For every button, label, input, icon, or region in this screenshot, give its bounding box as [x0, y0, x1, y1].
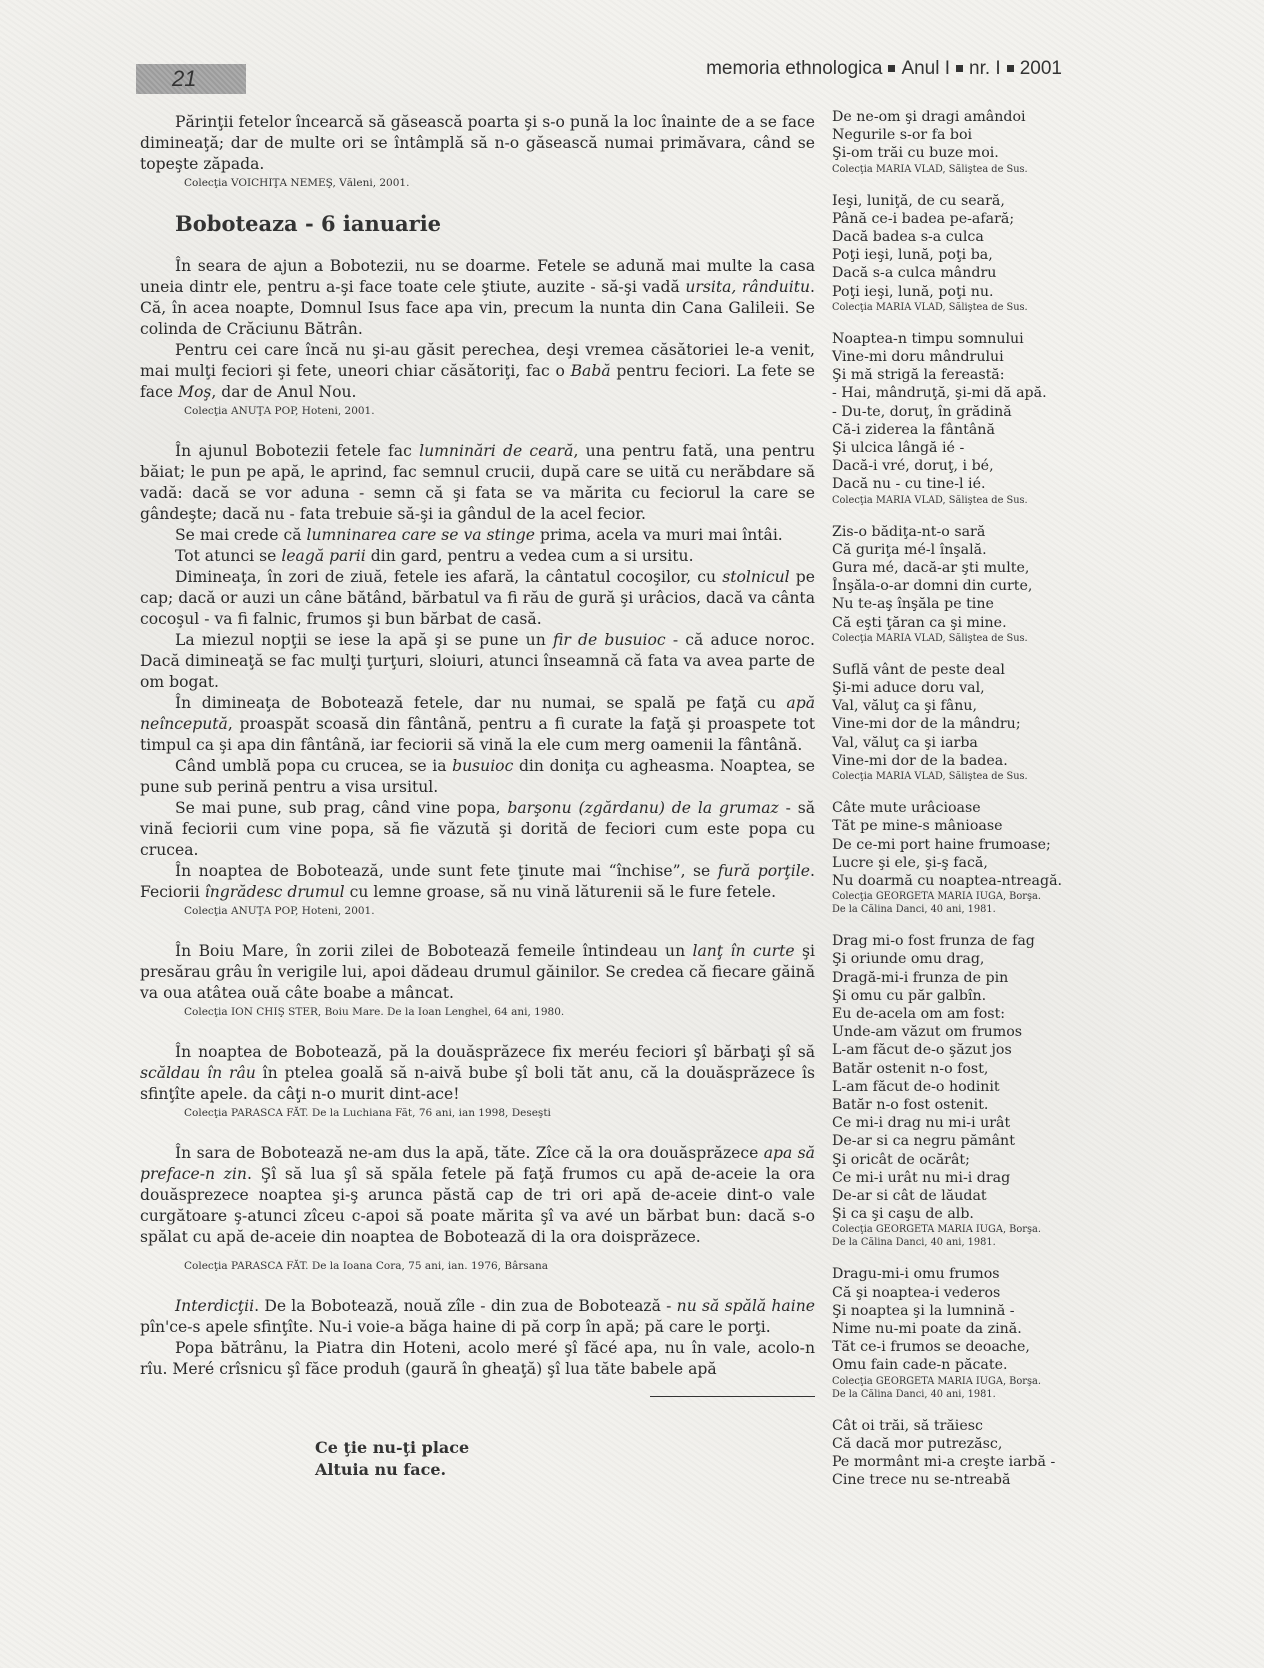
issue-label: nr. I — [969, 58, 1001, 79]
source-citation: Colecţia MARIA VLAD, Săliştea de Sus. — [832, 494, 1072, 507]
verse-line: Că eşti ţăran ca şi mine. — [832, 614, 1072, 632]
source-citation: Colecţia GEORGETA MARIA IUGA, Borşa. — [832, 1375, 1072, 1388]
verse-line: Şi ulcica lângă ié - — [832, 439, 1072, 457]
source-citation: Colecţia MARIA VLAD, Săliştea de Sus. — [832, 301, 1072, 314]
poem-stanza: Zis-o bădiţa-nt-o sarăCă guriţa mé-l înş… — [832, 523, 1072, 645]
verse-line: Vine-mi doru mândrului — [832, 348, 1072, 366]
source-citation: Colecţia ION CHIŞ STER, Boiu Mare. De la… — [184, 1004, 815, 1020]
verse-line: Ce mi-i urât nu mi-i drag — [832, 1169, 1072, 1187]
verse-line: Şi-mi aduce doru val, — [832, 679, 1072, 697]
verse-line: - Du-te, doruţ, în grădină — [832, 403, 1072, 421]
verse-line: Cât oi trăi, să trăiesc — [832, 1417, 1072, 1435]
verse-line: Dacă badea s-a culca — [832, 228, 1072, 246]
year: 2001 — [1020, 58, 1062, 79]
verse-line: Negurile s-or fa boi — [832, 126, 1072, 144]
verse-line: Şi omu cu păr galbîn. — [832, 987, 1072, 1005]
verse-line: Omu fain cade-n păcate. — [832, 1356, 1072, 1374]
verse-line: Că şi noaptea-i vederos — [832, 1284, 1072, 1302]
proverb: Ce ţie nu-ţi place Altuia nu face. — [315, 1437, 815, 1481]
paragraph: În noaptea de Bobotează, unde sunt fete … — [140, 861, 815, 903]
paragraph: Când umblă popa cu crucea, se ia busuioc… — [140, 756, 815, 798]
verse-line: Batăr n-o fost ostenit. — [832, 1096, 1072, 1114]
page-number: 21 — [136, 64, 246, 94]
source-citation: Colecţia PARASCA FĂT. De la Ioana Cora, … — [184, 1258, 815, 1274]
verse-line: Şi ca şi caşu de alb. — [832, 1205, 1072, 1223]
verse-line: Şi noaptea şi la lumnină - — [832, 1302, 1072, 1320]
paragraph: Se mai crede că lumninarea care se va st… — [140, 525, 815, 546]
verse-line: Tăt pe mine-s mânioase — [832, 817, 1072, 835]
paragraph: În seara de ajun a Bobotezii, nu se doar… — [140, 256, 815, 340]
source-citation: De la Călina Danci, 40 ani, 1981. — [832, 1236, 1072, 1249]
verse-line: Dacă s-a culca mândru — [832, 264, 1072, 282]
verse-line: Până ce-i badea pe-afară; — [832, 210, 1072, 228]
verse-line: Ieşi, luniţă, de cu seară, — [832, 192, 1072, 210]
verse-line: Dacă nu - cu tine-l ié. — [832, 475, 1072, 493]
year-label: Anul I — [901, 58, 950, 79]
section-title: Boboteaza - 6 ianuarie — [175, 213, 815, 234]
verse-line: Eu de-acela om am fost: — [832, 1005, 1072, 1023]
poetry-column: De ne-om şi dragi amândoiNegurile s-or f… — [832, 108, 1072, 1505]
page-header: 21 memoria ethnologicaAnul Inr. I2001 — [132, 58, 1062, 92]
poem-stanza: Noaptea-n timpu somnuluiVine-mi doru mân… — [832, 330, 1072, 507]
poem-stanza: Dragu-mi-i omu frumosCă şi noaptea-i ved… — [832, 1265, 1072, 1400]
divider-line — [650, 1396, 815, 1397]
verse-line: Pe mormânt mi-a creşte iarbă - — [832, 1453, 1072, 1471]
square-bullet-icon — [888, 65, 895, 72]
source-citation: Colecţia VOICHIŢA NEMEŞ, Văleni, 2001. — [184, 175, 815, 191]
verse-line: De ne-om şi dragi amândoi — [832, 108, 1072, 126]
verse-line: Şi mă strigă la fereastă: — [832, 366, 1072, 384]
verse-line: Suflă vânt de peste deal — [832, 661, 1072, 679]
source-citation: De la Călina Danci, 40 ani, 1981. — [832, 903, 1072, 916]
verse-line: L-am făcut de-o hodinit — [832, 1078, 1072, 1096]
verse-line: L-am făcut de-o şăzut jos — [832, 1041, 1072, 1059]
paragraph: Dimineaţa, în zori de ziuă, fetele ies a… — [140, 567, 815, 630]
verse-line: Noaptea-n timpu somnului — [832, 330, 1072, 348]
paragraph: În noaptea de Bobotează, pă la douăsprăz… — [140, 1042, 815, 1105]
intro-paragraph: Părinţii fetelor încearcă să găsească po… — [140, 112, 815, 175]
verse-line: Nime nu-mi poate da zină. — [832, 1320, 1072, 1338]
poem-stanza: Suflă vânt de peste dealŞi-mi aduce doru… — [832, 661, 1072, 783]
poem-stanza: Cât oi trăi, să trăiescCă dacă mor putre… — [832, 1417, 1072, 1490]
verse-line: Cine trece nu se-ntreabă — [832, 1471, 1072, 1489]
verse-line: Nu te-aş înşăla pe tine — [832, 595, 1072, 613]
source-citation: Colecţia PARASCA FĂT. De la Luchiana Făt… — [184, 1105, 815, 1121]
verse-line: Şi oricât de ocărât; — [832, 1151, 1072, 1169]
source-citation: Colecţia GEORGETA MARIA IUGA, Borşa. — [832, 1223, 1072, 1236]
verse-line: Drag mi-o fost frunza de fag — [832, 932, 1072, 950]
verse-line: Lucre şi ele, şi-ş facă, — [832, 854, 1072, 872]
verse-line: Poţi ieşi, lună, poţi ba, — [832, 246, 1072, 264]
running-title: memoria ethnologicaAnul Inr. I2001 — [706, 58, 1062, 80]
verse-line: Dragu-mi-i omu frumos — [832, 1265, 1072, 1283]
verse-line: Zis-o bădiţa-nt-o sară — [832, 523, 1072, 541]
paragraph: În ajunul Bobotezii fetele fac lumninări… — [140, 441, 815, 525]
verse-line: Şi-om trăi cu buze moi. — [832, 144, 1072, 162]
verse-line: Înşăla-o-ar domni din curte, — [832, 577, 1072, 595]
paragraph: Popa bătrânu, la Piatra din Hoteni, acol… — [140, 1338, 815, 1380]
poem-stanza: Ieşi, luniţă, de cu seară,Până ce-i bade… — [832, 192, 1072, 314]
verse-line: Că dacă mor putrezăsc, — [832, 1435, 1072, 1453]
source-citation: Colecţia MARIA VLAD, Săliştea de Sus. — [832, 770, 1072, 783]
verse-line: Şi oriunde omu drag, — [832, 950, 1072, 968]
paragraph: Interdicţii. De la Bobotează, nouă zîle … — [140, 1296, 815, 1338]
verse-line: Vine-mi dor de la badea. — [832, 752, 1072, 770]
verse-line: De ce-mi port haine frumoase; — [832, 836, 1072, 854]
source-citation: Colecţia MARIA VLAD, Săliştea de Sus. — [832, 163, 1072, 176]
verse-line: De-ar si ca negru pământ — [832, 1132, 1072, 1150]
verse-line: Nu doarmă cu noaptea-ntreagă. — [832, 872, 1072, 890]
paragraph: Pentru cei care încă nu şi-au găsit pere… — [140, 340, 815, 403]
source-citation: Colecţia GEORGETA MARIA IUGA, Borşa. — [832, 890, 1072, 903]
verse-line: Că-i ziderea la fântână — [832, 421, 1072, 439]
poem-stanza: De ne-om şi dragi amândoiNegurile s-or f… — [832, 108, 1072, 176]
verse-line: Vine-mi dor de la mândru; — [832, 715, 1072, 733]
verse-line: - Hai, mândruţă, şi-mi dă apă. — [832, 384, 1072, 402]
verse-line: Câte mute urâcioase — [832, 799, 1072, 817]
verse-line: Val, văluţ ca şi fânu, — [832, 697, 1072, 715]
poem-stanza: Drag mi-o fost frunza de fagŞi oriunde o… — [832, 932, 1072, 1249]
source-citation: Colecţia ANUŢA POP, Hoteni, 2001. — [184, 403, 815, 419]
verse-line: Că guriţa mé-l înşală. — [832, 541, 1072, 559]
verse-line: Ce mi-i drag nu mi-i urât — [832, 1114, 1072, 1132]
square-bullet-icon — [1007, 65, 1014, 72]
paragraph: În dimineaţa de Bobotează fetele, dar nu… — [140, 693, 815, 756]
verse-line: De-ar si cât de lăudat — [832, 1187, 1072, 1205]
verse-line: Dacă-i vré, doruţ, i bé, — [832, 457, 1072, 475]
paragraph: Se mai pune, sub prag, când vine popa, b… — [140, 798, 815, 861]
paragraph: În sara de Bobotează ne-am dus la apă, t… — [140, 1143, 815, 1248]
journal-name: memoria ethnologica — [706, 58, 882, 79]
verse-line: Poţi ieşi, lună, poţi nu. — [832, 283, 1072, 301]
verse-line: Tăt ce-i frumos se deoache, — [832, 1338, 1072, 1356]
paragraph: La miezul nopţii se iese la apă şi se pu… — [140, 630, 815, 693]
verse-line: Dragă-mi-i frunza de pin — [832, 969, 1072, 987]
verse-line: Batăr ostenit n-o fost, — [832, 1060, 1072, 1078]
poem-stanza: Câte mute urâcioaseTăt pe mine-s mânioas… — [832, 799, 1072, 916]
source-citation: Colecţia MARIA VLAD, Săliştea de Sus. — [832, 632, 1072, 645]
square-bullet-icon — [956, 65, 963, 72]
source-citation: Colecţia ANUŢA POP, Hoteni, 2001. — [184, 903, 815, 919]
verse-line: Unde-am văzut om frumos — [832, 1023, 1072, 1041]
verse-line: Gura mé, dacă-ar şti multe, — [832, 559, 1072, 577]
main-column: Părinţii fetelor încearcă să găsească po… — [140, 112, 815, 1481]
verse-line: Val, văluţ ca şi iarba — [832, 734, 1072, 752]
source-citation: De la Călina Danci, 40 ani, 1981. — [832, 1388, 1072, 1401]
paragraph: Tot atunci se leagă parii din gard, pent… — [140, 546, 815, 567]
paragraph: În Boiu Mare, în zorii zilei de Boboteaz… — [140, 941, 815, 1004]
